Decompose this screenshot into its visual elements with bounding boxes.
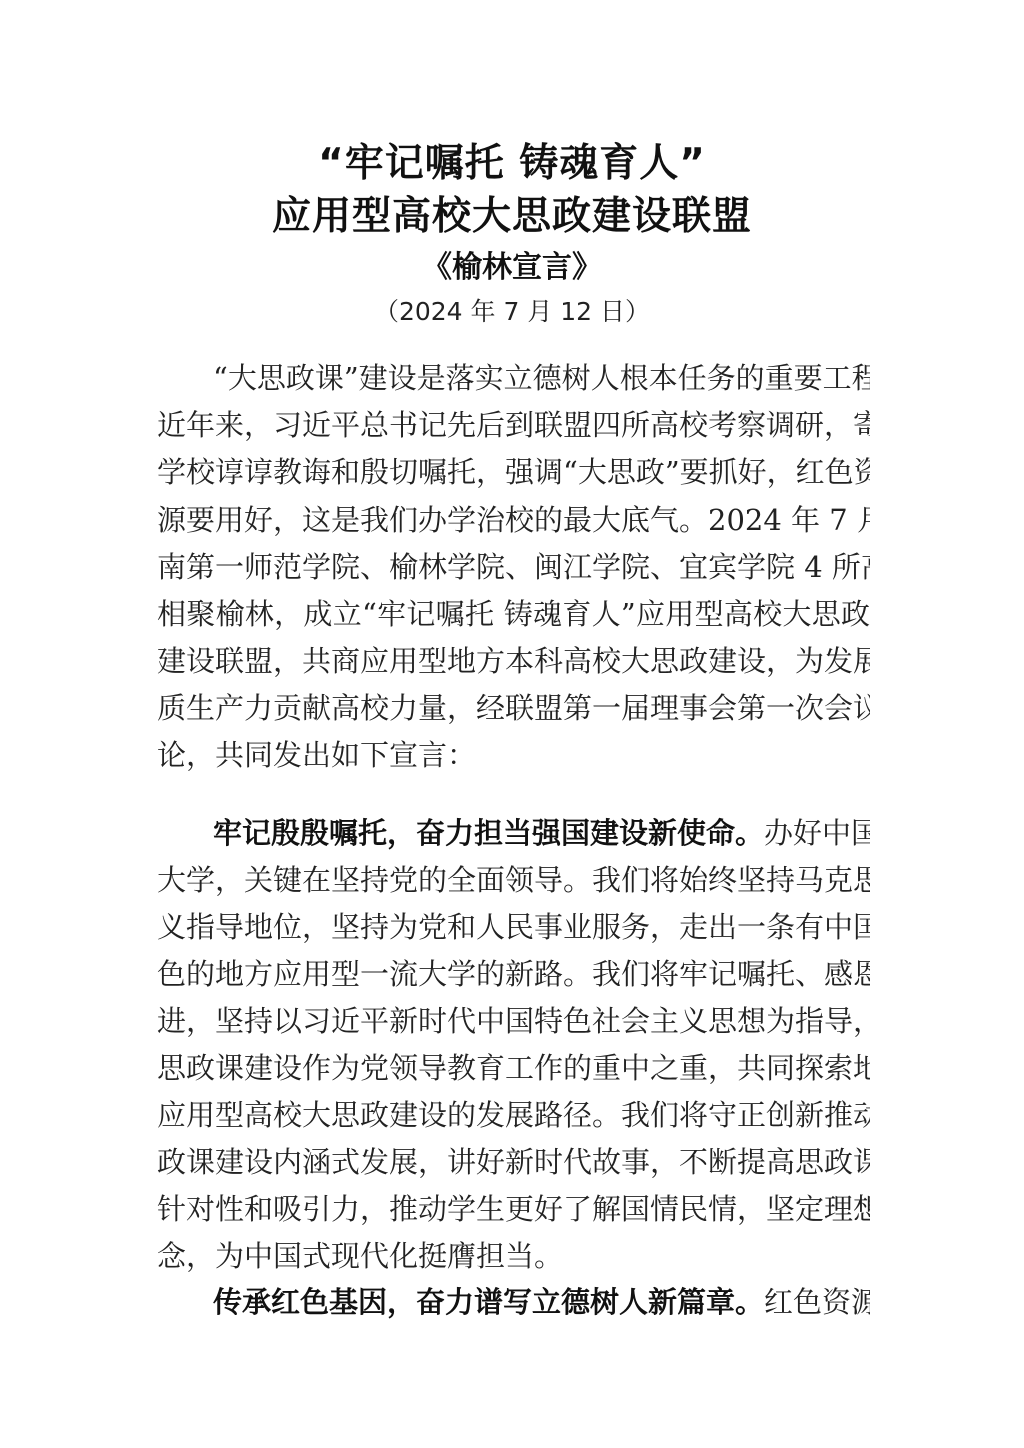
text-line: 念，为中国式现代化挺膺担当。 (157, 1236, 870, 1276)
text-line-with-heading: 牢记殷殷嘱托，奋力担当强国建设新使命。办好中国的 (213, 813, 870, 853)
title-declaration: 《榆林宣言》 (0, 242, 1024, 286)
text-line: 南第一师范学院、榆林学院、闽江学院、宜宾学院 4 所高校 (157, 547, 870, 587)
title-slogan: “牢记嘱托 铸魂育人” (0, 132, 1024, 188)
text-run: 办好中国的 (764, 816, 870, 850)
text-line: 思政课建设作为党领导教育工作的重中之重，共同探索地方 (157, 1048, 870, 1088)
text-line: 进，坚持以习近平新时代中国特色社会主义思想为指导，把 (157, 1001, 870, 1041)
text-line: 针对性和吸引力，推动学生更好了解国情民情，坚定理想信 (157, 1189, 870, 1229)
text-line: 义指导地位，坚持为党和人民事业服务，走出一条有中国特 (157, 907, 870, 947)
text-line: 建设联盟，共商应用型地方本科高校大思政建设，为发展新 (157, 641, 870, 681)
text-line: 源要用好，这是我们办学治校的最大底气。2024 年 7 月，湖 (157, 500, 870, 540)
text-line: 色的地方应用型一流大学的新路。我们将牢记嘱托、感恩奋 (157, 954, 870, 994)
text-line-with-heading: 传承红色基因，奋力谱写立德树人新篇章。红色资源是 (213, 1282, 870, 1322)
title-alliance-name: 应用型高校大思政建设联盟 (0, 185, 1024, 241)
text-line: 质生产力贡献高校力量，经联盟第一届理事会第一次会议讨 (157, 688, 870, 728)
text-line: 大学，关键在坚持党的全面领导。我们将始终坚持马克思主 (157, 860, 870, 900)
text-line: 应用型高校大思政建设的发展路径。我们将守正创新推动思 (157, 1095, 870, 1135)
text-line: 学校谆谆教诲和殷切嘱托，强调“大思政”要抓好，红色资 (157, 452, 870, 492)
paragraph-heading: 传承红色基因，奋力谱写立德树人新篇章。 (213, 1285, 764, 1319)
text-line: 政课建设内涵式发展，讲好新时代故事，不断提高思政课的 (157, 1142, 870, 1182)
text-line: 论，共同发出如下宣言： (157, 735, 870, 775)
text-line: 相聚榆林，成立“牢记嘱托 铸魂育人”应用型高校大思政 (157, 594, 870, 634)
document-date: （2024 年 7 月 12 日） (0, 292, 1024, 328)
paragraph-heading: 牢记殷殷嘱托，奋力担当强国建设新使命。 (213, 816, 764, 850)
text-line: 近年来，习近平总书记先后到联盟四所高校考察调研，寄予 (157, 405, 870, 445)
text-run: 红色资源是 (764, 1285, 870, 1319)
text-line: “大思政课”建设是落实立德树人根本任务的重要工程。 (213, 358, 870, 398)
